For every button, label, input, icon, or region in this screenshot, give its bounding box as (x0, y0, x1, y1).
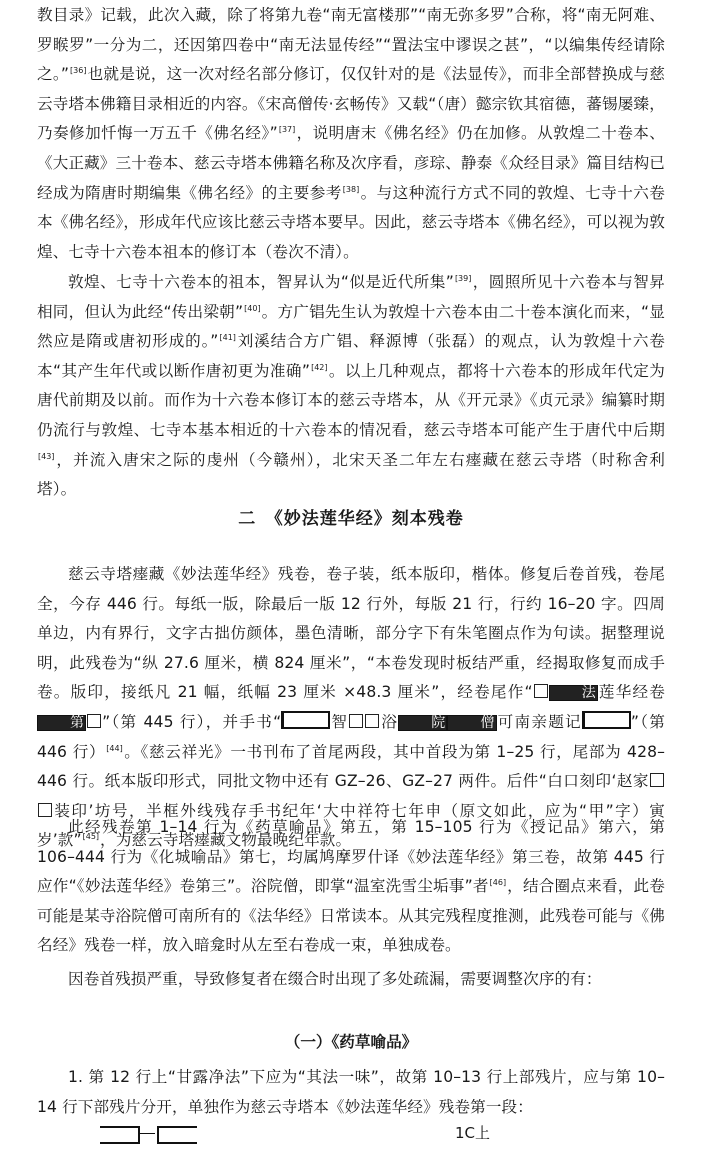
figure-label: 1C上 (455, 1122, 490, 1143)
missing-text-bar (582, 711, 631, 729)
footnote-ref[interactable]: [44] (106, 744, 122, 753)
missing-text-bar (281, 711, 330, 729)
footnote-ref[interactable]: [40] (244, 304, 260, 313)
damaged-character: 法 (549, 685, 598, 701)
paragraph-text: 浴 (380, 713, 398, 731)
paragraph-text: 莲华经卷 (598, 683, 665, 701)
damaged-character: 僧 (447, 715, 496, 731)
footnote-ref[interactable]: [36] (70, 66, 86, 75)
paragraph-5: 因卷首残损严重，导致修复者在缀合时出现了多处疏漏，需要调整次序的有： (37, 965, 665, 995)
fragment-connector (140, 1133, 155, 1134)
footnote-ref[interactable]: [42] (311, 363, 327, 372)
paragraph-1: 教目录》记载，此次入藏，除了将第九卷“南无富楼那”“南无弥多罗”合称，将“南无阿… (37, 1, 665, 267)
fragment-left-shape (100, 1126, 140, 1144)
damaged-character: 院 (398, 715, 447, 731)
missing-character-box (87, 714, 101, 728)
footnote-ref[interactable]: [43] (38, 452, 54, 461)
missing-character-box (534, 684, 548, 698)
paragraph-text: 可南亲题记 (497, 713, 582, 731)
paragraph-text: 慈云寺塔瘗藏《妙法莲华经》残卷，卷子装，纸本版印，楷体。修复后卷首残，卷尾全，今… (37, 565, 665, 701)
fragment-diagram: 1C上 (37, 1118, 665, 1148)
footnote-ref[interactable]: [37] (279, 125, 295, 134)
paragraph-2: 敦煌、七寺十六卷本的祖本，智昇认为“似是近代所集”[39]，圆照所见十六卷本与智… (37, 268, 665, 505)
section-heading: 二 《妙法莲华经》刻本残卷 (37, 504, 665, 534)
paragraph-text: ，并流入唐宋之际的虔州（今赣州），北宋天圣二年左右瘗藏在慈云寺塔（时称舍利塔）。 (37, 451, 665, 499)
paragraph-text: 。《慈云祥光》一书刊布了首尾两段，其中首段为第 1–25 行，尾部为 428–4… (37, 743, 665, 791)
footnote-ref[interactable]: [38] (343, 185, 359, 194)
paragraph-text: 智 (330, 713, 348, 731)
missing-character-box (349, 714, 363, 728)
footnote-ref[interactable]: [46] (490, 878, 506, 887)
missing-character-box (365, 714, 379, 728)
missing-character-box (650, 773, 664, 787)
paragraph-3: 慈云寺塔瘗藏《妙法莲华经》残卷，卷子装，纸本版印，楷体。修复后卷首残，卷尾全，今… (37, 560, 665, 856)
paragraph-text: 敦煌、七寺十六卷本的祖本，智昇认为“似是近代所集” (68, 273, 454, 291)
paragraph-4: 此经残卷第 1–14 行为《药草喻品》第五，第 15–105 行为《授记品》第六… (37, 813, 665, 961)
paragraph-text: ”（第 445 行），并手书“ (102, 713, 281, 731)
footnote-ref[interactable]: [41] (220, 333, 236, 342)
damaged-character: 第 (37, 715, 86, 731)
fragment-right-shape (157, 1126, 197, 1144)
paragraph-6: 1. 第 12 行上“甘露净法”下应为“其法一味”，故第 10–13 行上部残片… (37, 1063, 665, 1122)
subsection-heading: （一）《药草喻品》 (37, 1027, 665, 1057)
footnote-ref[interactable]: [39] (455, 274, 471, 283)
